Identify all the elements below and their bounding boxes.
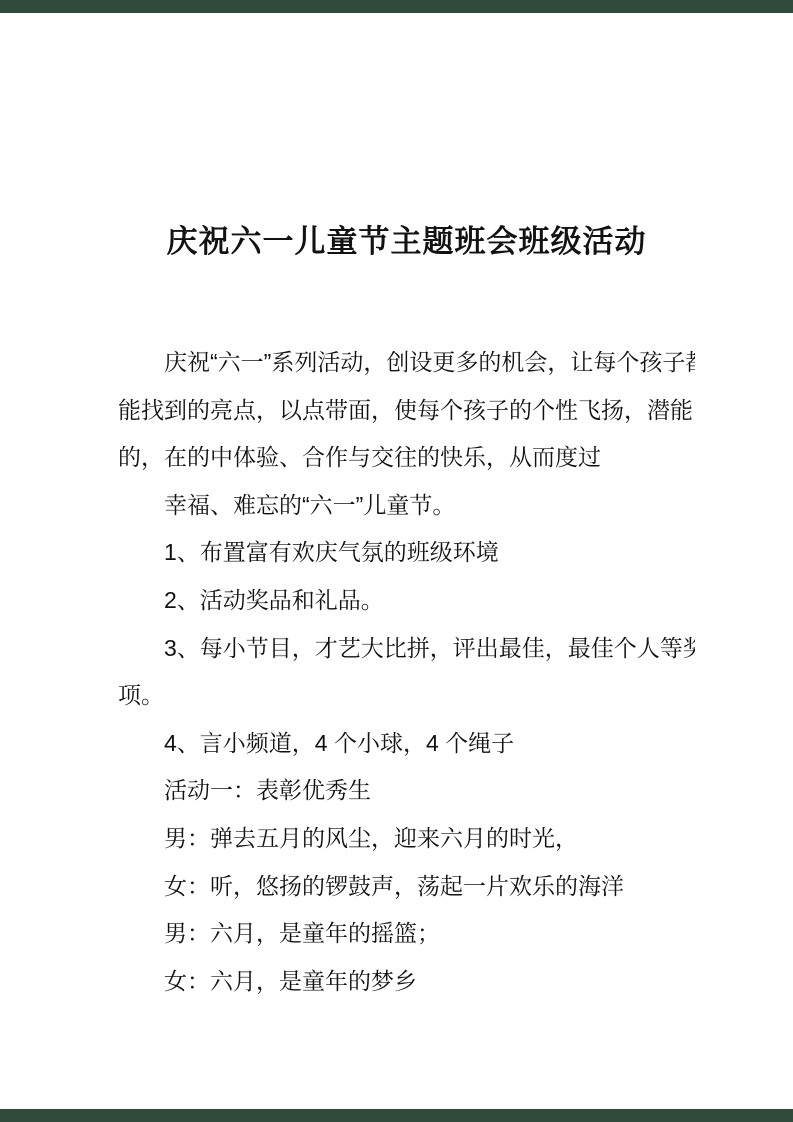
text-line: 1、布置富有欢庆气氛的班级环境 [118,529,695,577]
viewer-top-edge-bar [0,0,793,13]
text-line: 男：六月，是童年的摇篮； [118,910,695,958]
text-line: 女：听，悠扬的锣鼓声，荡起一片欢乐的海洋 [118,863,695,911]
viewer-bottom-edge-bar [0,1109,793,1122]
text-line: 3、每小节目，才艺大比拼，评出最佳，最佳个人等奖 [118,625,695,673]
text-line: 4、言小频道，4 个小球，4 个绳子 [118,720,695,768]
text-line: 的，在的中体验、合作与交往的快乐，从而度过 [118,434,695,482]
text-line: 2、活动奖品和礼品。 [118,577,695,625]
text-line: 庆祝“六一”系列活动，创设更多的机会，让每个孩子都 [118,339,695,387]
text-line: 女：六月，是童年的梦乡 [118,958,695,1006]
document-body: 庆祝“六一”系列活动，创设更多的机会，让每个孩子都能找到的亮点，以点带面，使每个… [118,339,695,1005]
text-line: 幸福、难忘的“六一”儿童节。 [118,482,695,530]
text-line: 活动一：表彰优秀生 [118,767,695,815]
document-title: 庆祝六一儿童节主题班会班级活动 [118,220,695,264]
document-page: 庆祝六一儿童节主题班会班级活动 庆祝“六一”系列活动，创设更多的机会，让每个孩子… [0,0,793,1122]
text-line: 男：弹去五月的风尘，迎来六月的时光， [118,815,695,863]
text-line: 能找到的亮点，以点带面，使每个孩子的个性飞扬，潜能 [118,387,695,435]
document-content: 庆祝六一儿童节主题班会班级活动 庆祝“六一”系列活动，创设更多的机会，让每个孩子… [0,0,793,1005]
text-line: 项。 [118,672,695,720]
